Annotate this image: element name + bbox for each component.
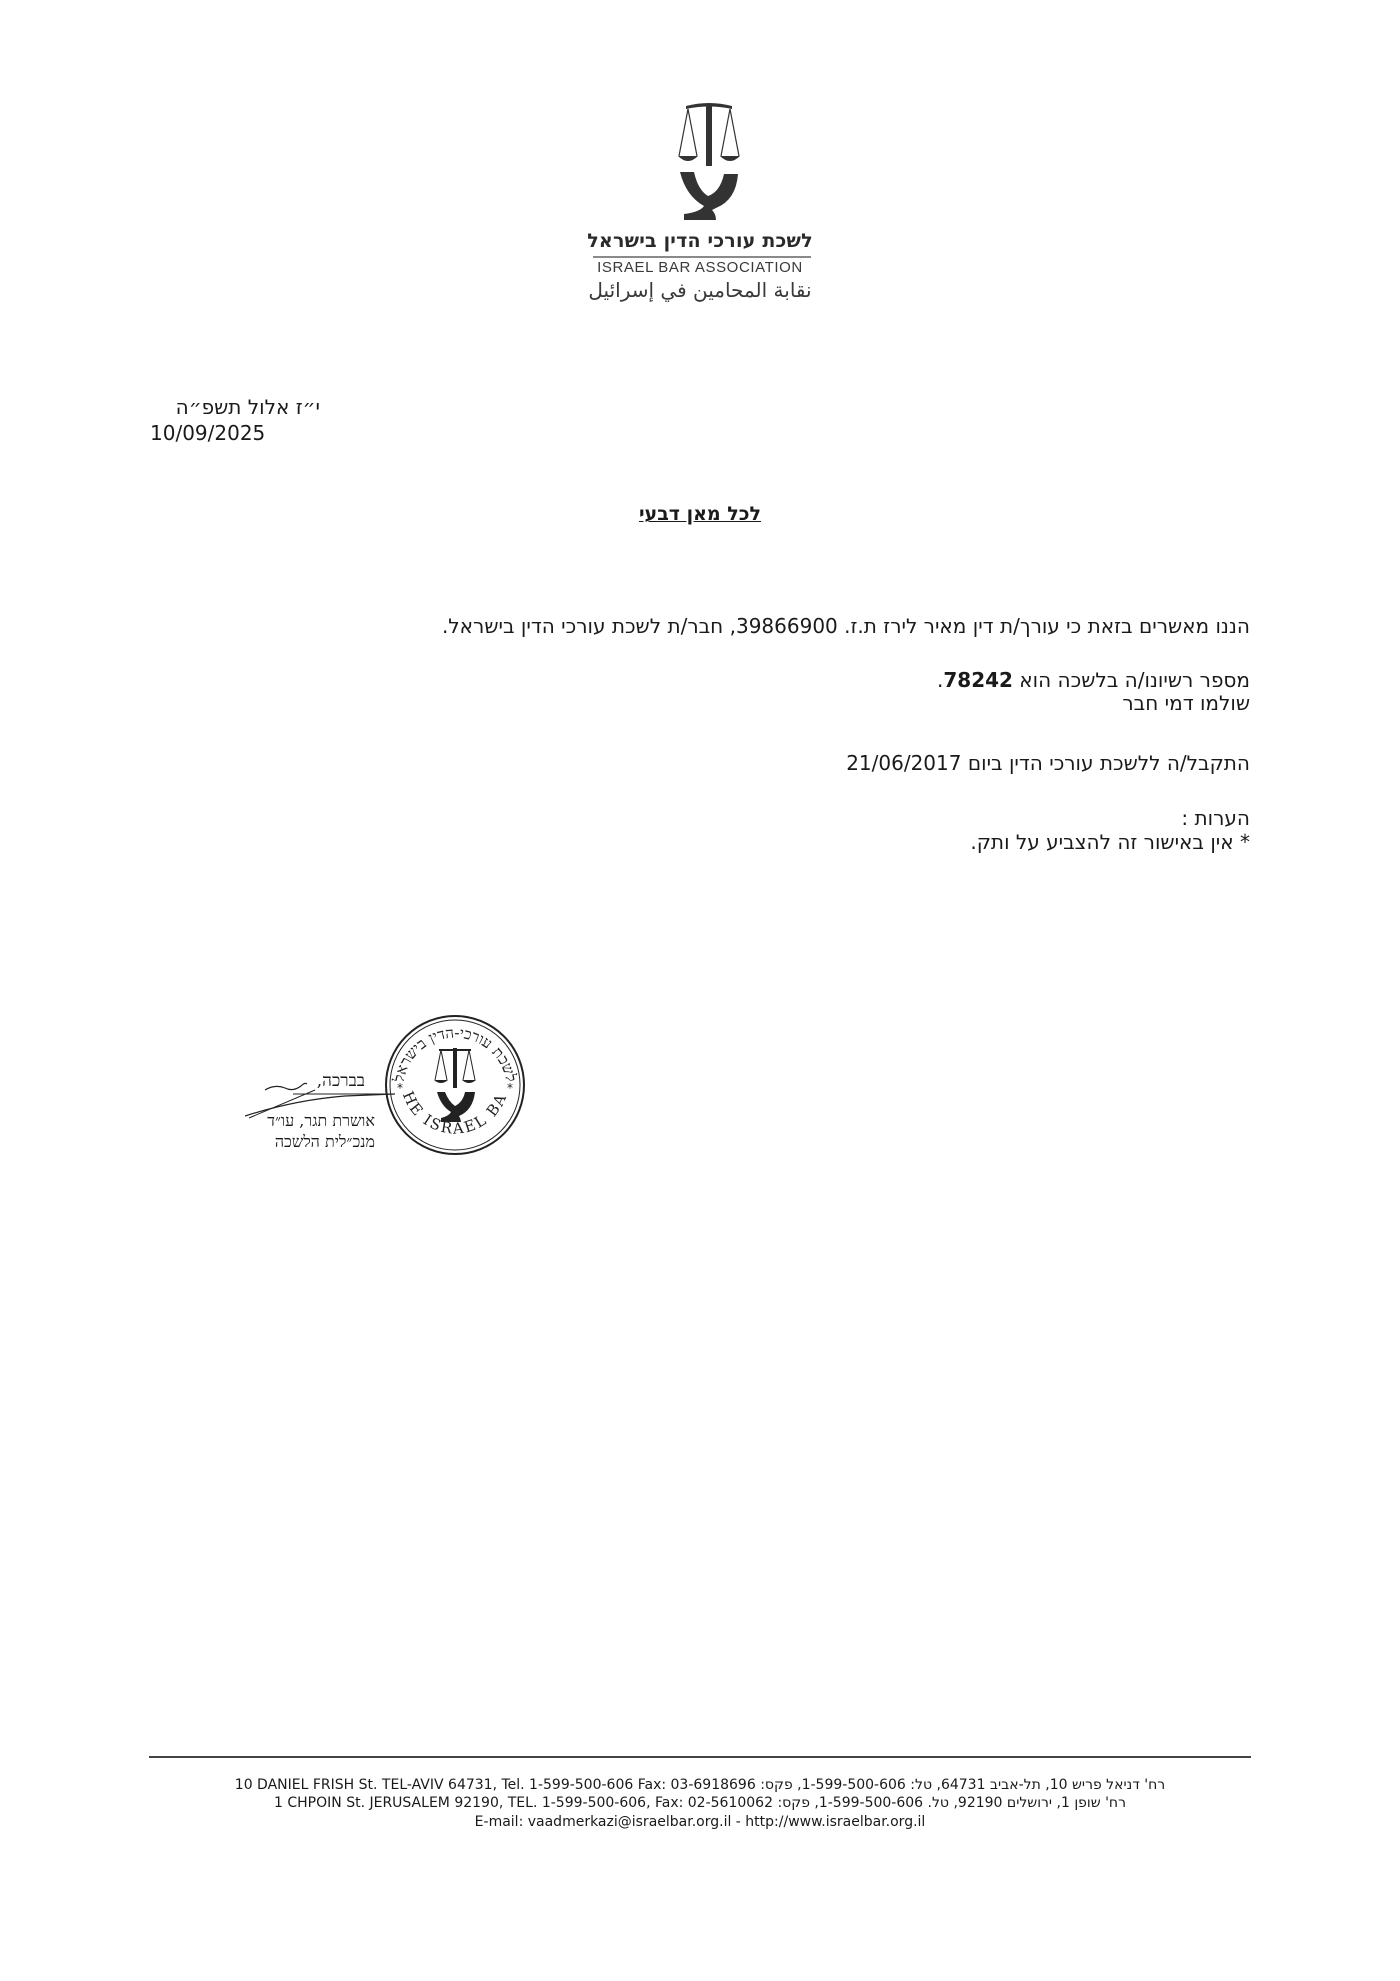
date-block: י״ז אלול תשפ״ה 10/09/2025 [150, 394, 320, 446]
footer-address-jerusalem-he: רח' שופן 1, ירושלים 92190, טל. 1-599-500… [777, 1794, 1126, 1812]
footer-address-telaviv-he: רח' דניאל פריש 10, תל-אביב 64731, טל: 1-… [760, 1776, 1165, 1794]
footer-divider [149, 1756, 1251, 1758]
admission-date-text: התקבל/ה ללשכת עורכי הדין ביום 21/06/2017 [250, 751, 1250, 775]
bar-association-seal-icon: לשכת עורכי-הדין בישראל THE ISRAEL BAR * … [383, 1014, 527, 1156]
date-gregorian: 10/09/2025 [150, 420, 320, 446]
logo-divider [593, 256, 811, 258]
document-title: לכל מאן דבעי [560, 503, 840, 525]
svg-text:*: * [507, 1081, 513, 1095]
scales-of-justice-ayin-icon [676, 100, 742, 222]
org-name-hebrew: לשכת עורכי הדין בישראל [560, 230, 840, 252]
date-hebrew: י״ז אלול תשפ״ה [150, 394, 320, 420]
footer-address-telaviv: 10 DANIEL FRISH St. TEL-AVIV 64731, Tel.… [100, 1776, 1300, 1794]
note-item: * אין באישור זה להצביע על ותק. [250, 830, 1250, 854]
footer-address-jerusalem: 1 CHPOIN St. JERUSALEM 92190, TEL. 1-599… [100, 1794, 1300, 1812]
license-line: מספר רשיונו/ה בלשכה הוא 78242. [250, 668, 1250, 692]
org-name-arabic: نقابة المحامين في إسرائيل [560, 278, 840, 302]
license-label: מספר רשיונו/ה בלשכה הוא [1013, 668, 1250, 692]
footer-contact: E-mail: vaadmerkazi@israelbar.org.il - h… [100, 1813, 1300, 1831]
certification-text: הננו מאשרים בזאת כי עורך/ת דין מאיר לירז… [250, 614, 1250, 638]
footer-address-telaviv-en: 10 DANIEL FRISH St. TEL-AVIV 64731, Tel.… [235, 1776, 756, 1794]
org-name-english: ISRAEL BAR ASSOCIATION [560, 259, 840, 276]
signatory-role: מנכ״לית הלשכה [230, 1132, 375, 1152]
svg-text:*: * [397, 1081, 403, 1095]
signatory-name: אושרת תגר, עו״ד [230, 1111, 375, 1131]
footer-address-jerusalem-en: 1 CHPOIN St. JERUSALEM 92190, TEL. 1-599… [274, 1794, 773, 1812]
dues-status: שולמו דמי חבר [250, 691, 1250, 715]
license-number: 78242 [943, 668, 1013, 692]
notes-label: הערות : [250, 806, 1250, 830]
